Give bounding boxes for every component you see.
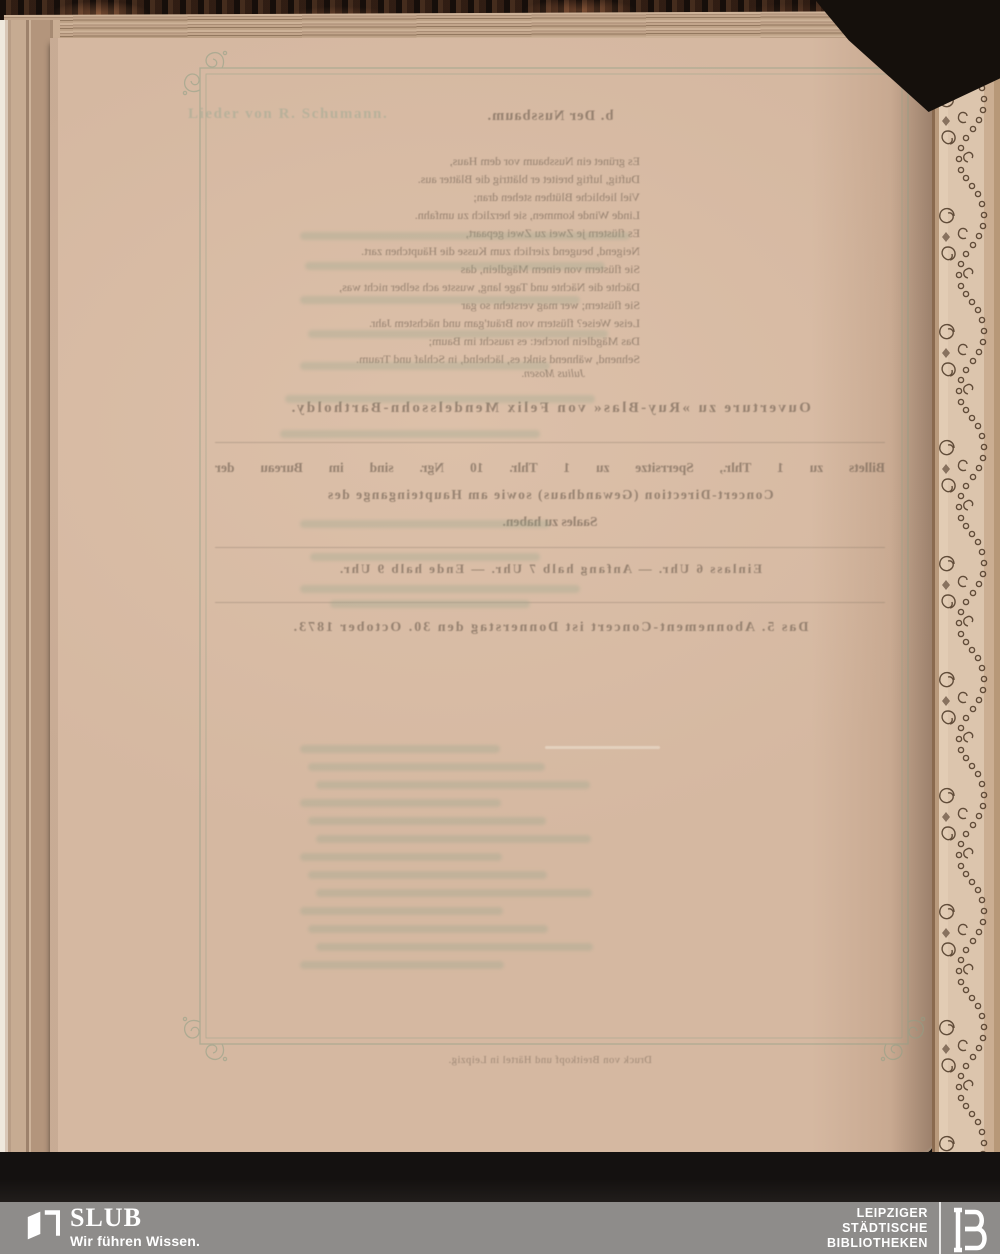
library-name-line: BIBLIOTHEKEN	[827, 1236, 928, 1251]
ghost-smudge	[300, 296, 580, 304]
divider-rule	[215, 602, 885, 603]
slub-tagline: Wir führen Wissen.	[70, 1233, 200, 1249]
slub-branding: SLUB Wir führen Wissen.	[26, 1206, 200, 1249]
ghost-smudge	[300, 799, 501, 807]
poem-line: Es grünet ein Nussbaum vor dem Haus,	[215, 152, 640, 170]
library-name: LEIPZIGER STÄDTISCHE BIBLIOTHEKEN	[827, 1206, 928, 1251]
leipzig-b-logo	[946, 1205, 992, 1254]
poem-line: Viel liebliche Blüthen stehen dran;	[215, 188, 640, 206]
bleed-through-text: b. Der Nussbaum. Es grünet ein Nussbaum …	[215, 103, 885, 1103]
next-concert-line: Das 5. Abonnement-Concert ist Donnerstag…	[215, 620, 885, 636]
song-heading: b. Der Nussbaum.	[215, 108, 885, 125]
ghost-smudge	[300, 853, 502, 861]
ghost-smudge	[308, 925, 548, 933]
ghost-smudge	[308, 330, 608, 338]
ghost-smudge	[300, 232, 630, 240]
slub-text-block: SLUB Wir führen Wissen.	[70, 1206, 200, 1249]
ghost-smudge	[316, 835, 591, 843]
printer-imprint: Druck von Breitkopf und Härtel in Leipzi…	[215, 1055, 885, 1066]
divider-rule	[215, 442, 885, 443]
ghost-smudge	[316, 889, 592, 897]
ghost-smudge	[316, 781, 590, 789]
open-book-icon	[26, 1208, 60, 1242]
ghost-smudge	[310, 553, 540, 561]
ticket-info-line: Concert-Direction (Gewandhaus) sowie am …	[215, 481, 885, 508]
poem-line: Duftig, luftig breitet er blättrig die B…	[215, 170, 640, 188]
page-surface: Lieder von R. Schumann. b. Der Nussbaum.…	[50, 38, 935, 1152]
ghost-smudge	[300, 520, 550, 528]
ticket-info-line: Billets zu 1 Thlr., Sperrsitze zu 1 Thlr…	[215, 454, 885, 481]
ghost-smudge	[300, 961, 504, 969]
poem-line: Linde Winde kommen, sie herzlich zu umfa…	[215, 206, 640, 224]
ghost-smudge	[300, 362, 550, 370]
slub-logo-text: SLUB	[70, 1206, 200, 1230]
ghost-smudge	[330, 600, 530, 608]
bottom-shadow	[0, 1152, 1000, 1202]
ghost-smudge	[305, 262, 605, 270]
ghost-smudge	[316, 943, 593, 951]
ghost-smudge	[308, 817, 546, 825]
scanned-book-page: Lieder von R. Schumann. b. Der Nussbaum.…	[0, 0, 1000, 1254]
ghost-smudge	[308, 871, 547, 879]
divider-rule	[215, 547, 885, 548]
ornamental-border	[932, 66, 1000, 1154]
ghost-smudge	[300, 745, 500, 753]
ghost-smudge	[300, 585, 580, 593]
ghost-smudge	[285, 395, 595, 403]
library-footer-bar: SLUB Wir führen Wissen. LEIPZIGER STÄDTI…	[0, 1202, 1000, 1254]
library-name-line: LEIPZIGER	[827, 1206, 928, 1221]
ghost-smudge	[280, 430, 540, 438]
library-name-line: STÄDTISCHE	[827, 1221, 928, 1236]
poem-line: Dächte die Nächte und Tage lang, wusste …	[215, 278, 640, 296]
poem-line: Neigend, beugend zierlich zum Kusse die …	[215, 242, 640, 260]
schedule-line: Einlass 6 Uhr. — Anfang halb 7 Uhr. — En…	[215, 561, 885, 577]
ghost-smudge	[308, 763, 545, 771]
next-page-edge	[932, 0, 1000, 1158]
footer-divider	[939, 1202, 941, 1254]
ghost-smudge	[300, 907, 503, 915]
paper-scratch	[545, 746, 660, 749]
